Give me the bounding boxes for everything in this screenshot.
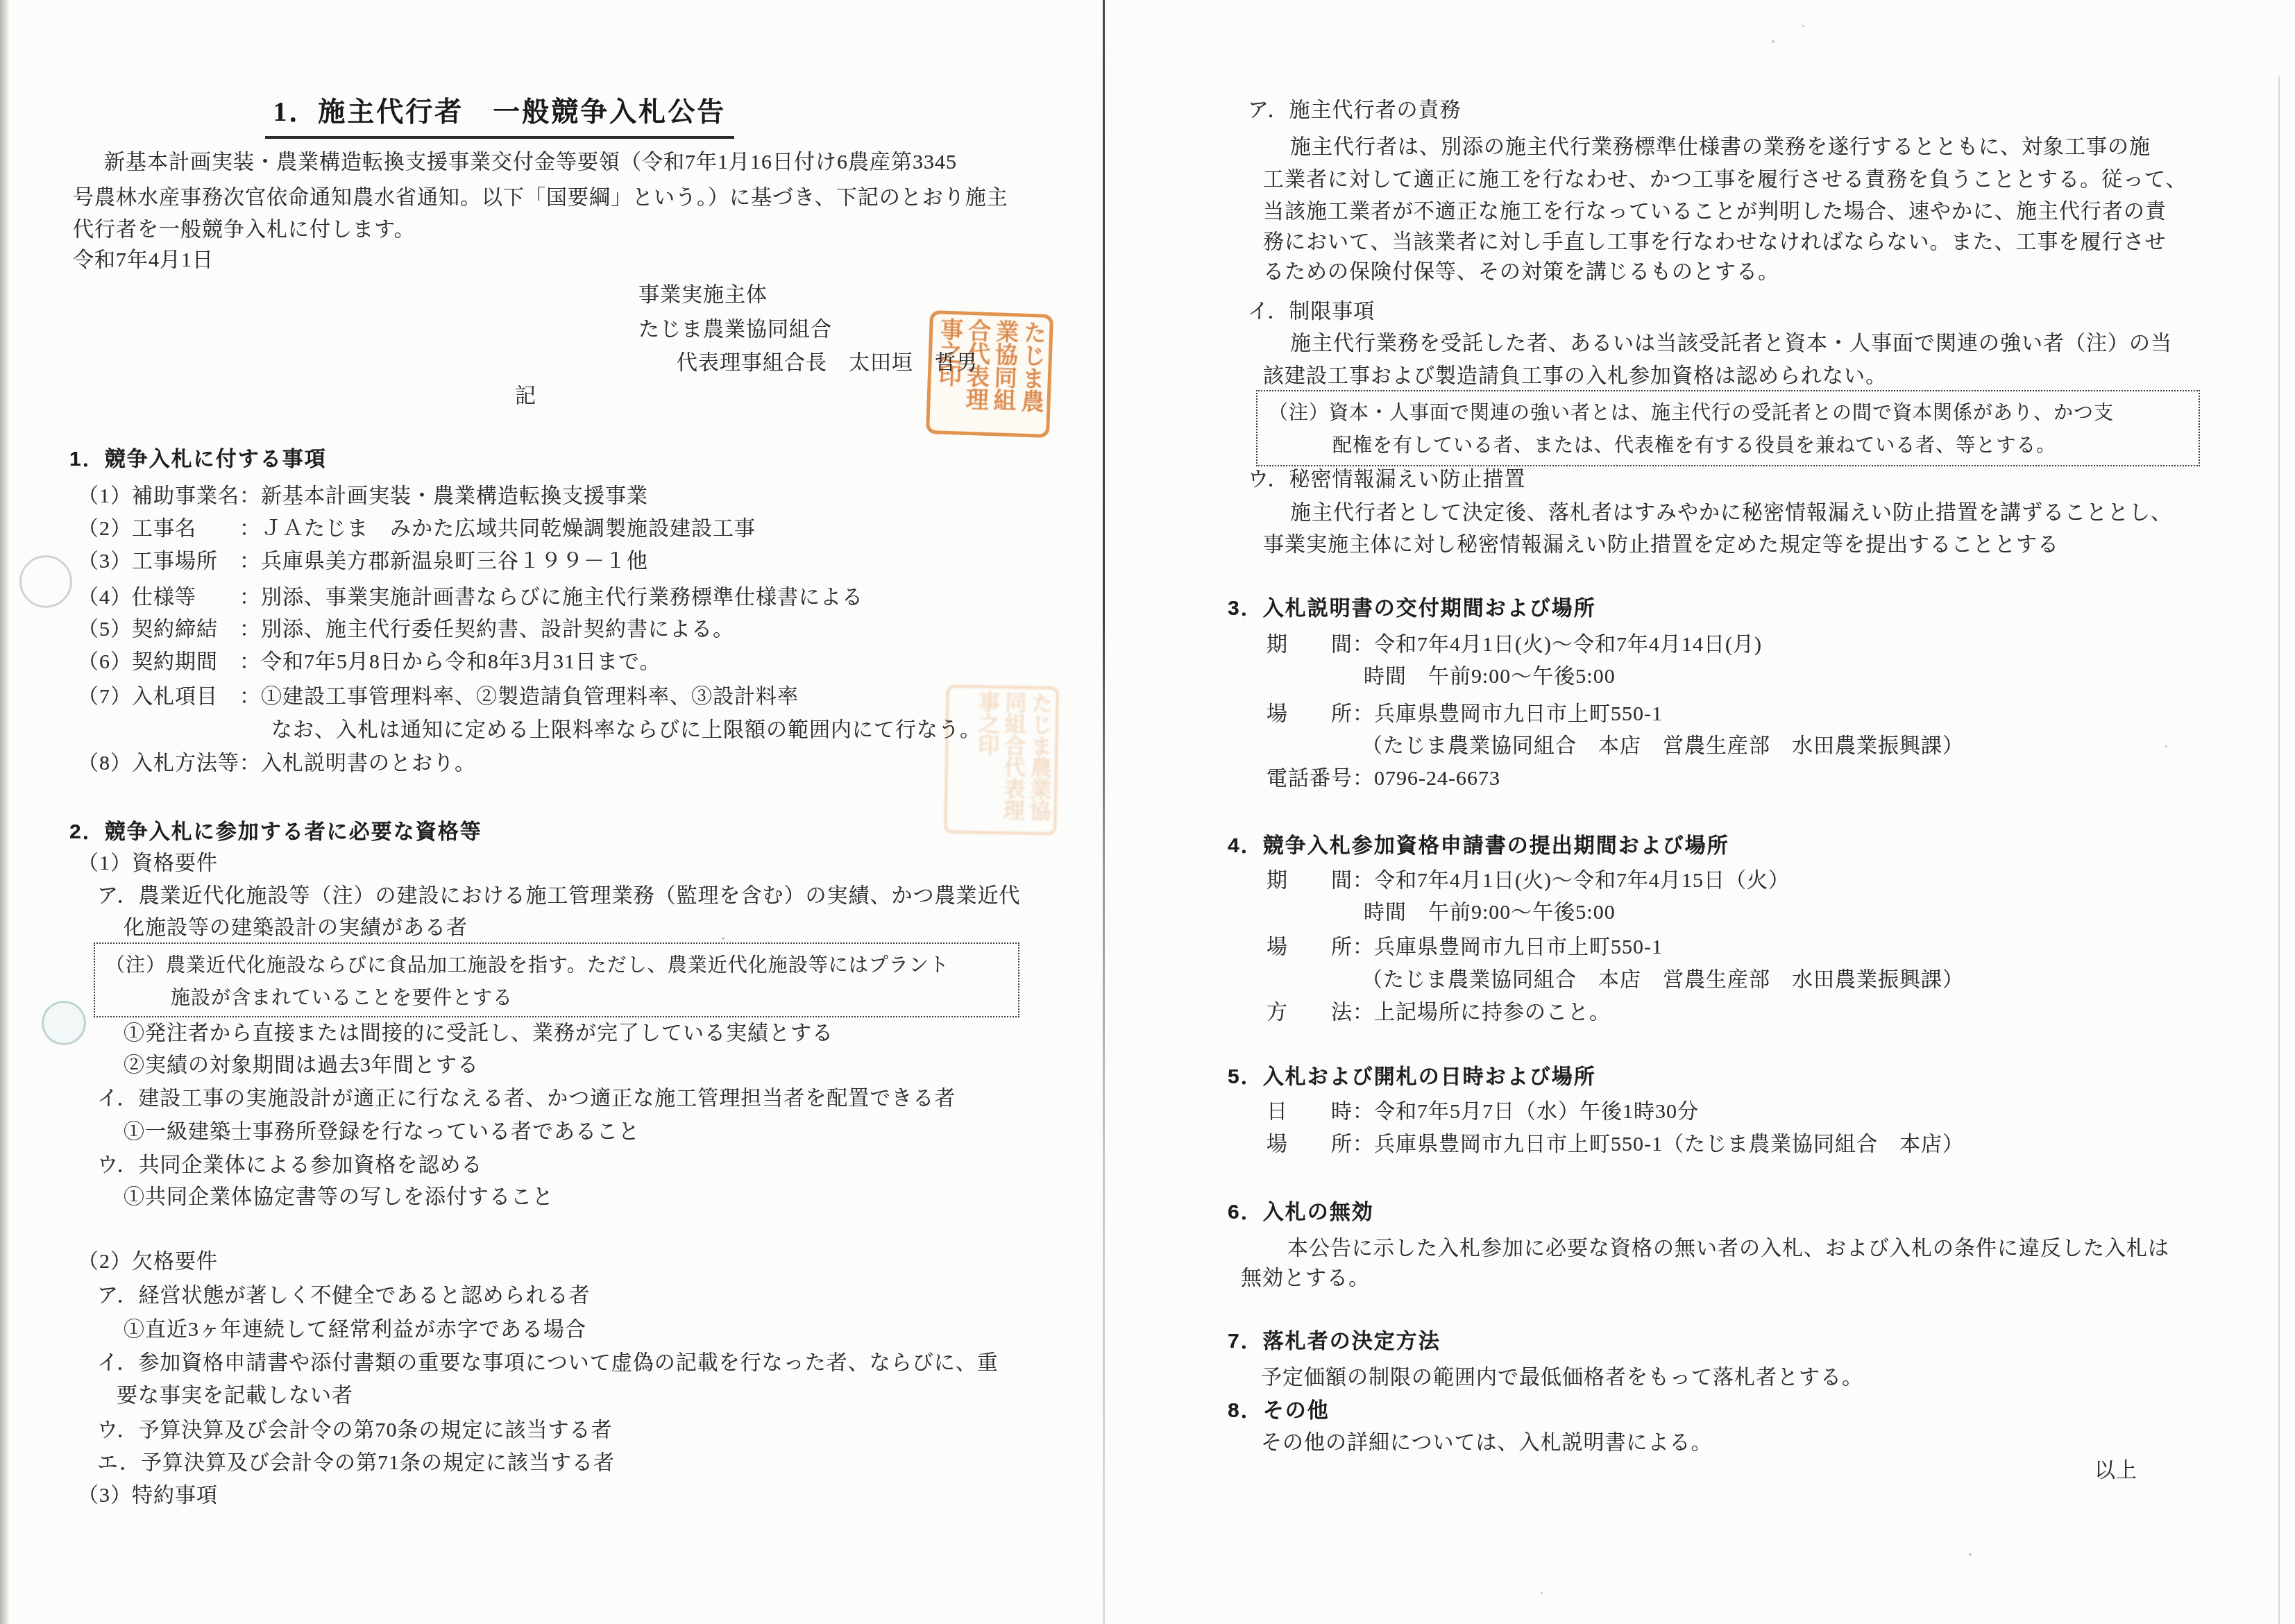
field-line: 期 間：令和7年4月1日(火)～令和7年4月14日(月) (1267, 632, 1762, 658)
note-line: 施設が含まれていることを要件とする (171, 986, 513, 1010)
scan-speck (1802, 25, 1804, 27)
field-line: 場 所：兵庫県豊岡市九日市上町550-1（たじま農業協同組合 本店） (1267, 1131, 1964, 1158)
field-continuation: 時間 午前9:00～午後5:00 (1364, 899, 1616, 926)
section-5-heading: 5．入札および開札の日時および場所 (1228, 1064, 1596, 1090)
clause-line: エ．予算決算及び会計令の第71条の規定に該当する者 (97, 1450, 615, 1476)
scan-left-edge-shadow (0, 0, 10, 1624)
clause-line: ウ．予算決算及び会計令の第70条の規定に該当する者 (97, 1417, 613, 1444)
clause-line: ア．経営状態が著しく不健全であると認められる者 (97, 1283, 591, 1309)
intro-line: 号農林水産事務次官依命通知農水省通知。以下「国要綱」という。）に基づき、下記のと… (73, 185, 1008, 211)
field-continuation: （たじま農業協同組合 本店 営農生産部 水田農業振興課） (1362, 967, 1964, 993)
clause-line: ウ．共同企業体による参加資格を認める (97, 1152, 483, 1178)
section-7-heading: 7．落札者の決定方法 (1228, 1328, 1441, 1355)
section-4-heading: 4．競争入札参加資格申請書の提出期間および場所 (1228, 833, 1729, 859)
page-title: 1．施主代行者 一般競争入札公告 (73, 90, 926, 139)
list-item-line: （4）仕様等 ：別添、事業実施計画書ならびに施主代行業務標準仕様書による (78, 584, 863, 611)
paragraph-line: るための保険付保等、その対策を講じるものとする。 (1263, 259, 1779, 285)
numbered-condition: ①直近3ヶ年連続して経常利益が赤字である場合 (124, 1317, 586, 1343)
clause-line: ア．農業近代化施設等（注）の建設における施工管理業務（監理を含む）の実績、かつ農… (97, 883, 1021, 909)
intro-line: 代行者を一般競争入札に付します。 (73, 217, 416, 243)
note-line: 配権を有している者、または、代表権を有する役員を兼ねている者、等とする。 (1332, 434, 2056, 458)
field-line: 電話番号：0796-24-6673 (1267, 766, 1500, 792)
scan-speck (722, 937, 725, 940)
numbered-condition: ②実績の対象期間は過去3年間とする (124, 1052, 479, 1079)
list-item-line: （2）工事名 ：ＪＡたじま みかた広域共同乾燥調製施設建設工事 (78, 516, 756, 542)
field-line: 日 時：令和7年5月7日（水）午後1時30分 (1267, 1099, 1699, 1125)
scan-speck (1969, 1553, 1972, 1556)
closing-mark: 以上 (2094, 1457, 2137, 1484)
scanned-document: たじま農業協同組合代表理事之印 たじま農業協同組合代表理事之印 1．施主代行者 … (0, 0, 2295, 1624)
paragraph-line: 当該施工業者が不適正な施工を行なっていることが判明した場合、速やかに、施主代行者… (1263, 198, 2167, 225)
field-line: 場 所：兵庫県豊岡市九日市上町550-1 (1267, 701, 1663, 727)
paragraph-line: その他の詳細については、入札説明書による。 (1261, 1430, 1712, 1456)
list-item-continuation: なお、入札は通知に定める上限料率ならびに上限額の範囲内にて行なう。 (271, 717, 981, 743)
paragraph-line: 工業者に対して適正に施工を行なわせ、かつ工事を履行させる責務を負うこととする。従… (1263, 167, 2187, 193)
sub-heading-line: （1）資格要件 (78, 850, 218, 877)
scan-right-edge-line (2278, 76, 2280, 1624)
numbered-condition: ①一級建築士事務所登録を行なっている者であること (124, 1119, 640, 1145)
paragraph-line: 事業実施主体に対し秘密情報漏えい防止措置を定めた規定等を提出することとする (1263, 532, 2059, 558)
section-6-heading: 6．入札の無効 (1228, 1199, 1374, 1226)
field-line: 期 間：令和7年4月1日(火)～令和7年4月15日（火） (1267, 868, 1790, 894)
scan-speck (2165, 745, 2167, 747)
issuer-org: たじま農業協同組合 (638, 316, 832, 343)
field-line: 場 所：兵庫県豊岡市九日市上町550-1 (1267, 934, 1663, 961)
numbered-condition: ①共同企業体協定書等の写しを添付すること (124, 1184, 554, 1210)
record-mark: 記 (515, 383, 536, 409)
field-continuation: 時間 午前9:00～午後5:00 (1364, 663, 1616, 690)
punch-hole-mark (19, 555, 72, 608)
paragraph-line: 施主代行者として決定後、落札者はすみやかに秘密情報漏えい防止措置を講ずることとし… (1290, 500, 2172, 526)
section-2-heading: 2．競争入札に参加する者に必要な資格等 (69, 819, 482, 845)
section-3-heading: 3．入札説明書の交付期間および場所 (1228, 595, 1596, 622)
intro-line: 新基本計画実装・農業構造転換支援事業交付金等要領（令和7年1月16日付け6農産第… (104, 149, 957, 176)
note-line: （注）資本・人事面で関連の強い者とは、施主代行の受託者との間で資本関係があり、か… (1269, 401, 2114, 425)
punch-hole-mark (42, 1001, 86, 1045)
section-8-heading: 8．その他 (1228, 1398, 1330, 1424)
section-1-heading: 1．競争入札に付する事項 (69, 446, 327, 473)
list-item-line: （5）契約締結 ：別添、施主代行委任契約書、設計契約書による。 (78, 616, 734, 643)
clause-line: イ．建設工事の実施設計が適正に行なえる者、かつ適正な施工管理担当者を配置できる者 (97, 1085, 956, 1112)
clause-line: イ．参加資格申請書や添付書類の重要な事項について虚偽の記載を行なった者、ならびに… (97, 1350, 999, 1376)
clause-continuation: 化施設等の建築設計の実績がある者 (124, 915, 468, 941)
company-seal-ghost-impression: たじま農業協同組合代表理事之印 (944, 685, 1059, 836)
issuer-rep-name: 代表理事組合長 太田垣 哲男 (677, 350, 978, 376)
date-line: 令和7年4月1日 (73, 247, 214, 273)
list-item-line: （1）補助事業名：新基本計画実装・農業構造転換支援事業 (78, 483, 648, 509)
paragraph-line: 予定価額の制限の範囲内で最低価格者をもって落札者とする。 (1261, 1364, 1863, 1391)
field-continuation: （たじま農業協同組合 本店 営農生産部 水田農業振興課） (1362, 733, 1964, 759)
list-item-line: （8）入札方法等：入札説明書のとおり。 (78, 750, 476, 777)
paragraph-line: 施主代行業務を受託した者、あるいは当該受託者と資本・人事面で関連の強い者（注）の… (1290, 330, 2172, 357)
sub-heading-line: （3）特約事項 (78, 1482, 218, 1509)
clause-heading: ウ．秘密情報漏えい防止措置 (1248, 466, 1526, 493)
list-item-line: （7）入札項目 ：①建設工事管理料率、②製造請負管理料率、③設計料率 (78, 684, 799, 710)
paragraph-line: 務において、当該業者に対し手直し工事を行なわせなければならない。また、工事を履行… (1263, 229, 2166, 255)
clause-continuation: 要な事実を記載しない者 (117, 1382, 353, 1409)
field-line: 方 法：上記場所に持参のこと。 (1267, 999, 1611, 1026)
paragraph-line: 該建設工事および製造請負工事の入札参加資格は認められない。 (1263, 363, 1887, 389)
paragraph-line: 無効とする。 (1241, 1265, 1370, 1292)
clause-heading: イ．制限事項 (1248, 298, 1375, 325)
numbered-condition: ①発注者から直接または間接的に受託し、業務が完了している実績とする (124, 1020, 833, 1047)
page-title-text: 1．施主代行者 一般競争入札公告 (265, 90, 735, 139)
page-fold-divider (1103, 0, 1105, 1624)
list-item-line: （3）工事場所 ：兵庫県美方郡新温泉町三谷１９９－１他 (78, 548, 648, 575)
issuer-label: 事業実施主体 (638, 282, 768, 308)
clause-heading: ア．施主代行者の責務 (1248, 97, 1462, 124)
scan-speck (1772, 40, 1775, 43)
note-line: （注）農業近代化施設ならびに食品加工施設を指す。ただし、農業近代化施設等にはプラ… (105, 954, 949, 978)
paragraph-line: 本公告に示した入札参加に必要な資格の無い者の入札、および入札の条件に違反した入札… (1287, 1235, 2169, 1262)
list-item-line: （6）契約期間 ：令和7年5月8日から令和8年3月31日まで。 (78, 649, 661, 675)
sub-heading-line: （2）欠格要件 (78, 1249, 218, 1275)
scan-speck (1541, 1592, 1543, 1594)
paragraph-line: 施主代行者は、別添の施主代行業務標準仕様書の業務を遂行するとともに、対象工事の施 (1290, 134, 2151, 160)
